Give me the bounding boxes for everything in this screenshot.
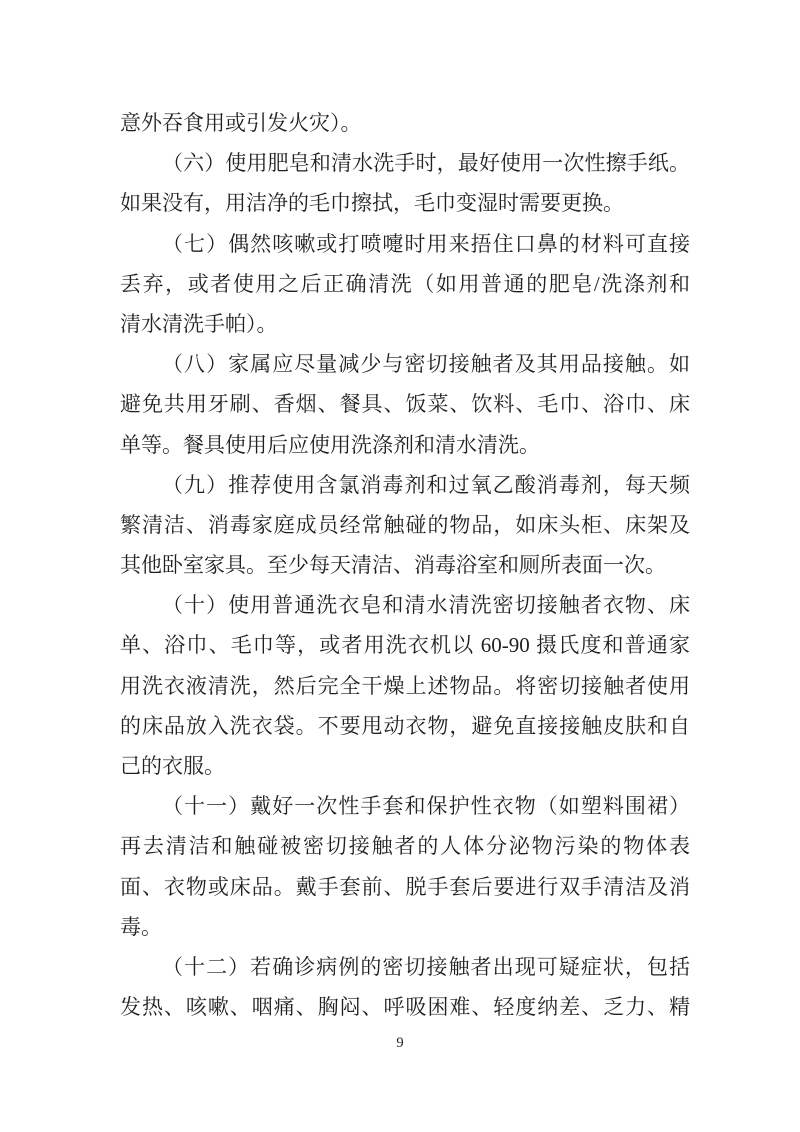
text-line: （六）使用肥皂和清水洗手时，最好使用一次性擦手纸。 <box>120 143 690 183</box>
text-line: 毒。 <box>120 907 690 947</box>
text-line: 的床品放入洗衣袋。不要甩动衣物，避免直接接触皮肤和自 <box>120 706 690 746</box>
text-line: 己的衣服。 <box>120 746 690 786</box>
text-line: （十）使用普通洗衣皂和清水清洗密切接触者衣物、床 <box>120 585 690 625</box>
text-line: 单等。餐具使用后应使用洗涤剂和清水清洗。 <box>120 425 690 465</box>
text-line: 其他卧室家具。至少每天清洁、消毒浴室和厕所表面一次。 <box>120 545 690 585</box>
text-line: 用洗衣液清洗，然后完全干燥上述物品。将密切接触者使用 <box>120 666 690 706</box>
text-line: （九）推荐使用含氯消毒剂和过氧乙酸消毒剂，每天频 <box>120 465 690 505</box>
text-line: 清水清洗手帕）。 <box>120 304 690 344</box>
page-number: 9 <box>0 1033 800 1053</box>
text-line: 意外吞食用或引发火灾）。 <box>120 103 690 143</box>
document-body: 意外吞食用或引发火灾）。（六）使用肥皂和清水洗手时，最好使用一次性擦手纸。如果没… <box>120 103 690 1027</box>
text-line: （十一）戴好一次性手套和保护性衣物（如塑料围裙） <box>120 786 690 826</box>
text-line: （七）偶然咳嗽或打喷嚏时用来捂住口鼻的材料可直接 <box>120 224 690 264</box>
text-line: 如果没有，用洁净的毛巾擦拭，毛巾变湿时需要更换。 <box>120 183 690 223</box>
text-line: 单、浴巾、毛巾等，或者用洗衣机以 60-90 摄氏度和普通家 <box>120 625 690 665</box>
text-line: 发热、咳嗽、咽痛、胸闷、呼吸困难、轻度纳差、乏力、精 <box>120 987 690 1027</box>
text-line: 繁清洁、消毒家庭成员经常触碰的物品，如床头柜、床架及 <box>120 505 690 545</box>
text-line: （十二）若确诊病例的密切接触者出现可疑症状，包括 <box>120 947 690 987</box>
text-line: 面、衣物或床品。戴手套前、脱手套后要进行双手清洁及消 <box>120 867 690 907</box>
document-page: 意外吞食用或引发火灾）。（六）使用肥皂和清水洗手时，最好使用一次性擦手纸。如果没… <box>0 0 800 1132</box>
text-line: 再去清洁和触碰被密切接触者的人体分泌物污染的物体表 <box>120 826 690 866</box>
text-line: （八）家属应尽量减少与密切接触者及其用品接触。如 <box>120 344 690 384</box>
text-line: 丢弃，或者使用之后正确清洗（如用普通的肥皂/洗涤剂和 <box>120 264 690 304</box>
text-line: 避免共用牙刷、香烟、餐具、饭菜、饮料、毛巾、浴巾、床 <box>120 384 690 424</box>
